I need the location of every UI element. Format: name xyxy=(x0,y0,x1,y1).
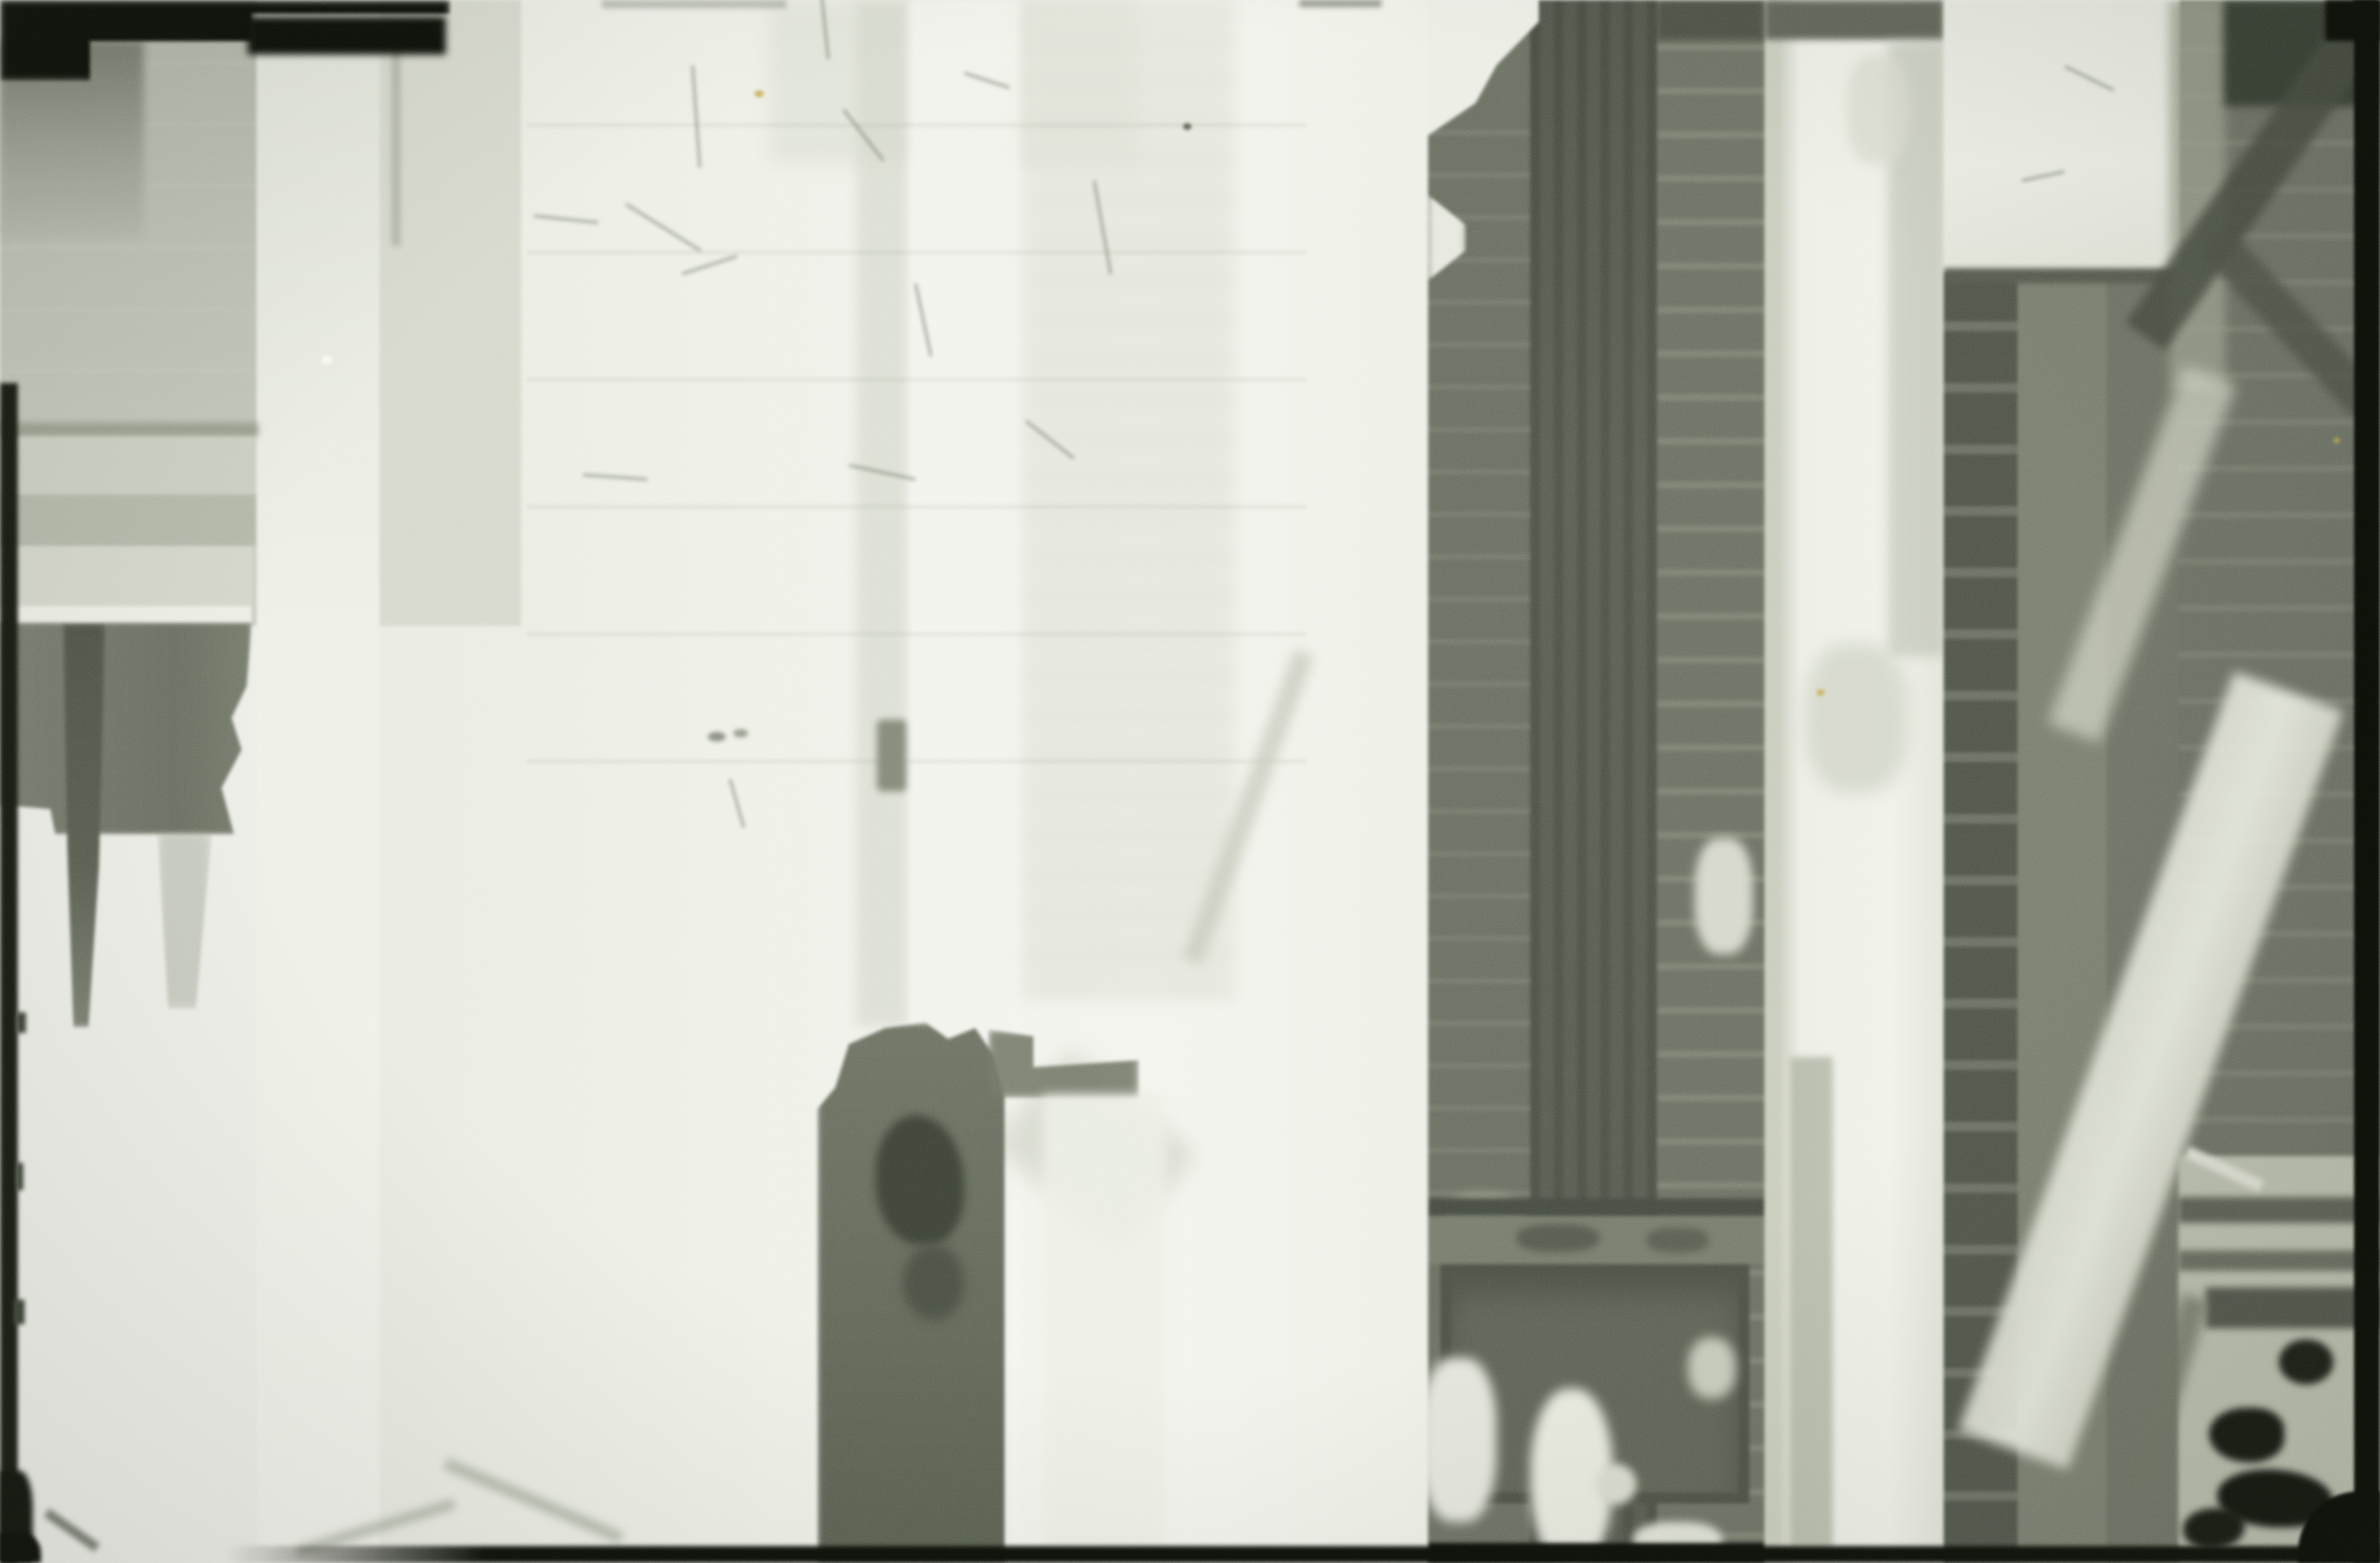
dust-speck-dark xyxy=(1183,123,1191,130)
dust-speck-yellow xyxy=(754,90,764,97)
corner-diagonal-mark xyxy=(44,1508,100,1551)
right-panel-bottom-edge xyxy=(1944,268,2180,283)
dust-speck-yellow xyxy=(2333,438,2340,443)
white-column xyxy=(1043,1094,1166,1563)
broken-white-notch xyxy=(1428,0,1539,135)
film-border-left-mark xyxy=(16,1012,26,1033)
white-post-cap xyxy=(1764,0,1944,40)
left-faint-streak xyxy=(157,831,212,1009)
paneled-door-break xyxy=(1688,1337,1736,1399)
door-band-blob xyxy=(1517,1224,1599,1252)
soot-blotch xyxy=(2279,1339,2333,1384)
left-pier-bright-strip xyxy=(256,0,380,1563)
right-white-panel xyxy=(1944,0,2180,272)
white-post-smudge xyxy=(1806,643,1908,793)
left-pier-beam xyxy=(0,423,259,436)
white-post-marks xyxy=(1847,55,1908,164)
film-border-bottom xyxy=(226,1546,2380,1563)
dust-speck-yellow xyxy=(1816,689,1825,696)
left-dark-streak xyxy=(63,624,105,1027)
dark-debris-blob xyxy=(903,1245,964,1320)
wall-dark-dots xyxy=(708,732,726,741)
door-frame-line xyxy=(1428,1198,1764,1216)
photo-scene xyxy=(0,0,2380,1563)
soot-blotch xyxy=(2209,1408,2284,1462)
door-band-blob xyxy=(1647,1228,1708,1252)
plaster-patch xyxy=(1695,838,1753,954)
right-pier-complex xyxy=(1944,0,2380,1563)
paneled-door-break xyxy=(1428,1358,1496,1522)
film-border-top-right xyxy=(2325,0,2380,41)
left-shadow-block xyxy=(0,622,252,835)
film-border-right xyxy=(2354,0,2380,1563)
beam-highlight xyxy=(0,606,252,622)
top-left-black-bar xyxy=(248,16,446,55)
beam-band xyxy=(0,495,256,546)
center-brick-pier xyxy=(1428,130,1537,1204)
mottled-course xyxy=(2178,1250,2380,1271)
top-edge-smudge xyxy=(1299,0,1381,7)
door-frame-strip xyxy=(1790,1057,1833,1549)
center-dark-complex xyxy=(1428,0,1764,1563)
wall-brick-courses xyxy=(527,0,1306,787)
wall-dark-dots xyxy=(733,729,748,737)
top-edge-smudge xyxy=(602,0,786,8)
left-pier-seam xyxy=(391,41,401,246)
beam-band xyxy=(0,546,253,606)
dust-speck-light xyxy=(321,356,332,364)
film-border-left xyxy=(0,383,18,1563)
photo xyxy=(0,0,2380,1563)
paneled-door-break xyxy=(1596,1464,1637,1505)
center-brick-cap xyxy=(1657,0,1764,40)
mottled-course xyxy=(2178,1197,2380,1223)
beam-band xyxy=(0,436,256,495)
film-border-left-mark xyxy=(14,1300,25,1324)
film-border-left-mark xyxy=(16,1163,23,1190)
